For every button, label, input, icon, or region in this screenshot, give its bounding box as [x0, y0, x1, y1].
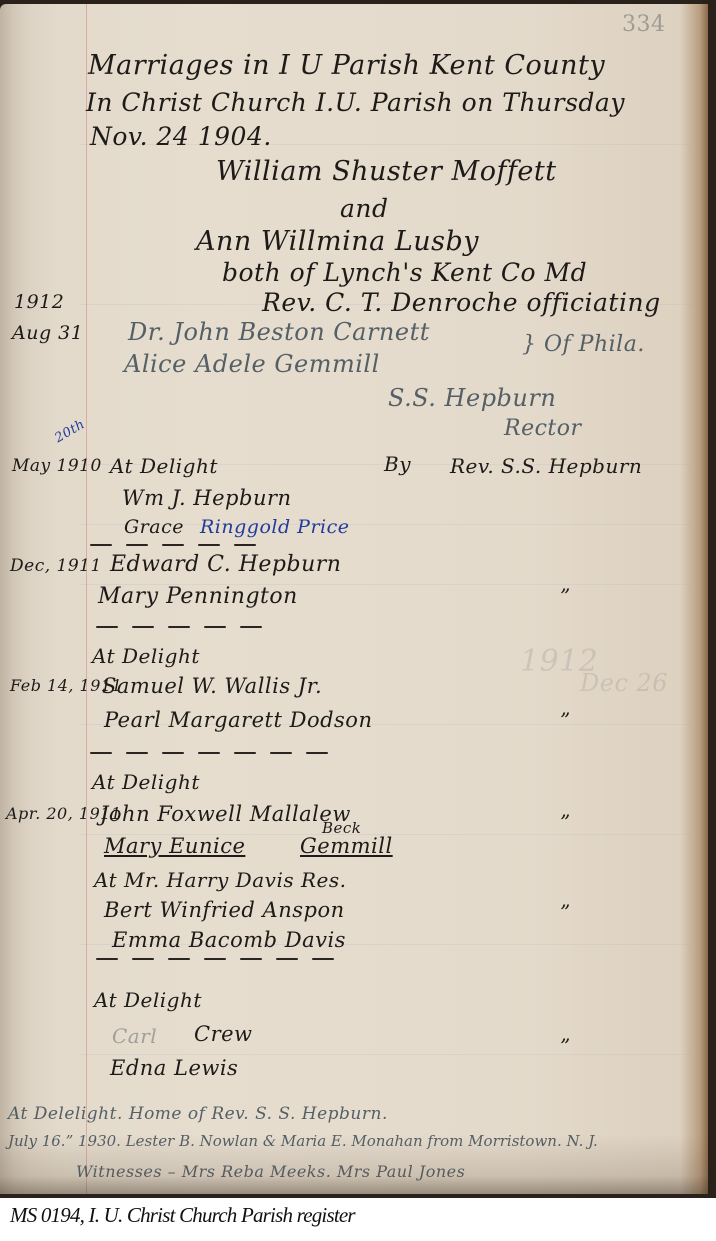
separator-dashes [96, 626, 262, 628]
separator-dashes [96, 958, 334, 960]
residence-1904: both of Lynch's Kent Co Md [222, 258, 587, 287]
residence-note: } Of Phila. [522, 332, 645, 357]
officiant-name: S.S. Hepburn [388, 384, 556, 412]
bride-first-name: Mary Eunice [104, 834, 245, 858]
bride-name: Edna Lewis [110, 1056, 238, 1080]
header-line-1: Marriages in I U Parish Kent County [88, 50, 605, 81]
ceremony-place: At Mr. Harry Davis Res. [94, 868, 346, 892]
entry-1930-witnesses: Witnesses – Mrs Reba Meeks. Mrs Paul Jon… [76, 1162, 465, 1181]
bride-name: Emma Bacomb Davis [112, 928, 346, 952]
entry-1930-place: At Delelight. Home of Rev. S. S. Hepburn… [8, 1104, 388, 1124]
entry-1930-line: July 16.” 1930. Lester B. Nowlan & Maria… [8, 1132, 598, 1150]
header-line-2: In Christ Church I.U. Parish on Thursday [86, 88, 625, 117]
groom-first-name: Carl [112, 1024, 157, 1048]
margin-line [86, 4, 87, 1194]
entry-date: Dec, 1911 [10, 556, 102, 576]
ceremony-place: At Delight [92, 644, 200, 668]
struck-surname: Gemmill [300, 834, 393, 858]
surname-correction: Beck [322, 819, 361, 837]
ditto-mark: ” [560, 708, 571, 732]
bride-first-name: Grace [124, 516, 184, 538]
scanned-register-page: 1912 Dec 26 334 Marriages in I U Parish … [0, 0, 716, 1198]
ditto-mark: ” [560, 900, 571, 924]
ditto-mark: ” [560, 1034, 571, 1058]
bleed-through-text: Dec 26 [580, 669, 668, 697]
groom-name: John Foxwell Mallalew [100, 802, 351, 826]
officiant-title: Rector [504, 416, 582, 441]
and-1904: and [340, 194, 389, 223]
ceremony-place: At Delight [92, 770, 200, 794]
officiant-1904: Rev. C. T. Denroche officiating [262, 288, 661, 317]
image-caption: MS 0194, I. U. Christ Church Parish regi… [10, 1203, 355, 1228]
entry-year: 1912 [14, 291, 64, 313]
header-line-3: Nov. 24 1904. [90, 122, 272, 151]
groom-surname: Crew [194, 1022, 253, 1046]
ruled-line [80, 1054, 696, 1055]
groom-name: Dr. John Beston Carnett [128, 318, 430, 346]
groom-name: Samuel W. Wallis Jr. [102, 674, 322, 698]
bride-name: Alice Adele Gemmill [124, 350, 380, 378]
date-annotation: 20th [52, 417, 87, 446]
ceremony-place: At Delight [94, 988, 202, 1012]
groom-name: Edward C. Hepburn [110, 552, 341, 577]
separator-dashes [90, 752, 328, 754]
groom-name: Bert Winfried Anspon [104, 898, 345, 922]
bride-1904: Ann Willmina Lusby [196, 226, 479, 257]
officiant-name: Rev. S.S. Hepburn [450, 454, 642, 478]
paper-page: 1912 Dec 26 334 Marriages in I U Parish … [0, 4, 708, 1194]
entry-date: Aug 31 [12, 322, 83, 344]
groom-1904: William Shuster Moffett [216, 156, 557, 187]
separator-dashes [90, 544, 256, 546]
bride-name: Mary Pennington [98, 584, 298, 609]
groom-name: Wm J. Hepburn [122, 486, 292, 510]
by-label: By [384, 452, 411, 476]
ditto-mark: ” [560, 810, 571, 834]
ceremony-place: At Delight [110, 454, 218, 478]
bride-name-blue-ink: Ringgold Price [200, 516, 350, 538]
page-number: 334 [622, 12, 666, 37]
bride-name: Pearl Margarett Dodson [104, 708, 372, 732]
entry-date: May 1910 [12, 456, 102, 476]
ditto-mark: ” [560, 584, 571, 608]
